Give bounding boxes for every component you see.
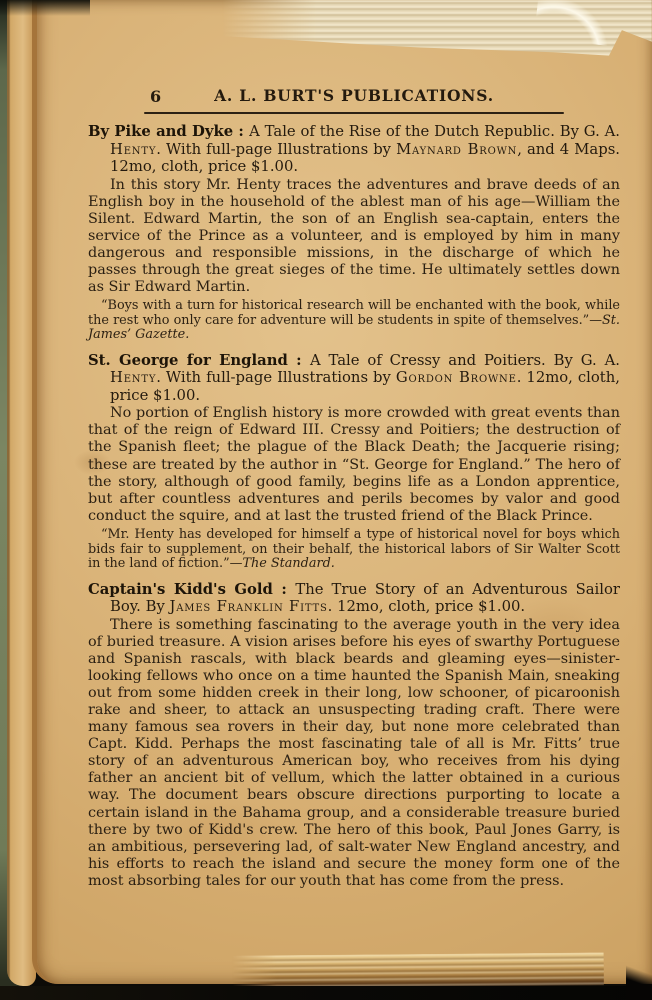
bottom-shadow xyxy=(0,986,652,1000)
header-rule xyxy=(144,112,564,114)
header-title: A. L. BURT'S PUBLICATIONS. xyxy=(88,86,620,105)
book-entry: By Pike and Dyke : A Tale of the Rise of… xyxy=(88,123,620,343)
entry-title: By Pike and Dyke : A Tale of the Rise of… xyxy=(88,123,620,175)
entry-description: There is something fascinating to the av… xyxy=(88,617,620,891)
illustrator-name: Gordon Browne xyxy=(396,369,517,386)
quote-text: “Boys with a turn for historical researc… xyxy=(88,298,620,328)
subtitle-text: A Tale of the Rise of the Dutch Republic… xyxy=(249,123,620,140)
subtitle-text: A Tale of Cressy and Poitiers. By G. A. xyxy=(310,352,620,369)
page-number: 6 xyxy=(150,87,161,106)
quote-source: The Standard. xyxy=(242,556,334,571)
entry-description: In this story Mr. Henty traces the adven… xyxy=(88,177,620,297)
entry-title: Captain's Kidd's Gold : The True Story o… xyxy=(88,581,620,616)
running-header: 6 A. L. BURT'S PUBLICATIONS. xyxy=(88,86,620,108)
author-name: James Franklin Fitts xyxy=(170,598,328,615)
review-quote: “Mr. Henty has developed for himself a t… xyxy=(88,528,620,572)
scanned-book-page: 6 A. L. BURT'S PUBLICATIONS. By Pike and… xyxy=(0,0,652,1000)
entry-title: St. George for England : A Tale of Cress… xyxy=(88,352,620,404)
quote-text: “Mr. Henty has developed for himself a t… xyxy=(88,527,620,571)
review-quote: “Boys with a turn for historical researc… xyxy=(88,299,620,343)
title-text: Captain's Kidd's Gold : xyxy=(88,581,295,598)
title-text: St. George for England : xyxy=(88,352,310,369)
bottom-right-shadow xyxy=(626,956,652,1000)
page-corner-highlight xyxy=(534,0,612,46)
book-entry: St. George for England : A Tale of Cress… xyxy=(88,352,620,572)
printed-content: 6 A. L. BURT'S PUBLICATIONS. By Pike and… xyxy=(88,86,620,890)
title-text: By Pike and Dyke : xyxy=(88,123,249,140)
illustrator-name: Maynard Brown xyxy=(396,141,517,158)
page-stack-edge-bottom xyxy=(232,952,604,988)
book-entry: Captain's Kidd's Gold : The True Story o… xyxy=(88,581,620,890)
top-left-shadow xyxy=(0,0,90,16)
author-name: Henty xyxy=(110,369,156,386)
edition-price: . 12mo, cloth, price $1.00. xyxy=(328,598,525,615)
entry-description: No portion of English history is more cr… xyxy=(88,405,620,525)
author-name: Henty xyxy=(110,141,156,158)
